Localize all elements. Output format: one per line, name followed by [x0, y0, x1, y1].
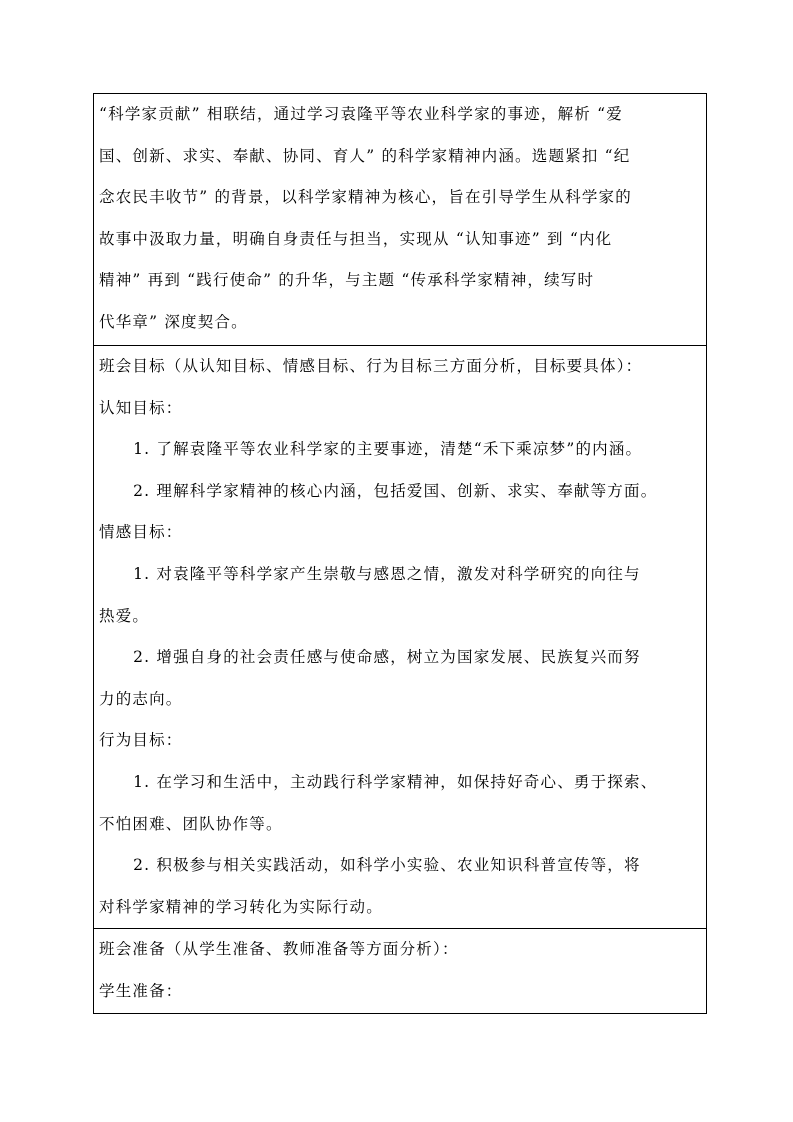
- text-line: “科学家贡献” 相联结，通过学习袁隆平等农业科学家的事迹，解析 “爱: [99, 94, 700, 136]
- emotional-goal-item: 2. 增强自身的社会责任感与使命感，树立为国家发展、民族复兴而努: [99, 637, 700, 679]
- behavioral-goals-label: 行为目标：: [99, 720, 700, 762]
- cognitive-goal-item: 1. 了解袁隆平等农业科学家的主要事迹，清楚“禾下乘凉梦”的内涵。: [99, 429, 700, 471]
- behavioral-goal-item: 2. 积极参与相关实践活动，如科学小实验、农业知识科普宣传等，将: [99, 845, 700, 887]
- text-line: 国、创新、求实、奉献、协同、育人” 的科学家精神内涵。选题紧扣 “纪: [99, 136, 700, 178]
- goals-heading: 班会目标（从认知目标、情感目标、行为目标三方面分析，目标要具体）：: [99, 346, 700, 388]
- preparation-heading: 班会准备（从学生准备、教师准备等方面分析）：: [99, 929, 700, 971]
- goals-cell: 班会目标（从认知目标、情感目标、行为目标三方面分析，目标要具体）： 认知目标： …: [94, 346, 706, 929]
- cognitive-goal-item: 2. 理解科学家精神的核心内涵，包括爱国、创新、求实、奉献等方面。: [99, 471, 700, 513]
- background-cell: “科学家贡献” 相联结，通过学习袁隆平等农业科学家的事迹，解析 “爱 国、创新、…: [94, 94, 706, 346]
- emotional-goal-item: 1. 对袁隆平等科学家产生崇敬与感恩之情，激发对科学研究的向往与: [99, 554, 700, 596]
- text-line: 精神” 再到 “践行使命” 的升华，与主题 “传承科学家精神，续写时: [99, 260, 700, 302]
- emotional-goal-item-cont: 热爱。: [99, 596, 700, 638]
- text-line: 念农民丰收节” 的背景，以科学家精神为核心，旨在引导学生从科学家的: [99, 177, 700, 219]
- student-prep-label: 学生准备：: [99, 971, 700, 1013]
- behavioral-goal-item-cont: 不怕困难、团队协作等。: [99, 804, 700, 846]
- lesson-plan-table: “科学家贡献” 相联结，通过学习袁隆平等农业科学家的事迹，解析 “爱 国、创新、…: [93, 93, 707, 1014]
- preparation-cell: 班会准备（从学生准备、教师准备等方面分析）： 学生准备：: [94, 929, 706, 1013]
- cognitive-goals-label: 认知目标：: [99, 388, 700, 430]
- emotional-goal-item-cont: 力的志向。: [99, 679, 700, 721]
- text-line: 代华章” 深度契合。: [99, 302, 700, 344]
- text-line: 故事中汲取力量，明确自身责任与担当，实现从 “认知事迹” 到 “内化: [99, 219, 700, 261]
- emotional-goals-label: 情感目标：: [99, 512, 700, 554]
- behavioral-goal-item-cont: 对科学家精神的学习转化为实际行动。: [99, 887, 700, 929]
- behavioral-goal-item: 1. 在学习和生活中，主动践行科学家精神，如保持好奇心、勇于探索、: [99, 762, 700, 804]
